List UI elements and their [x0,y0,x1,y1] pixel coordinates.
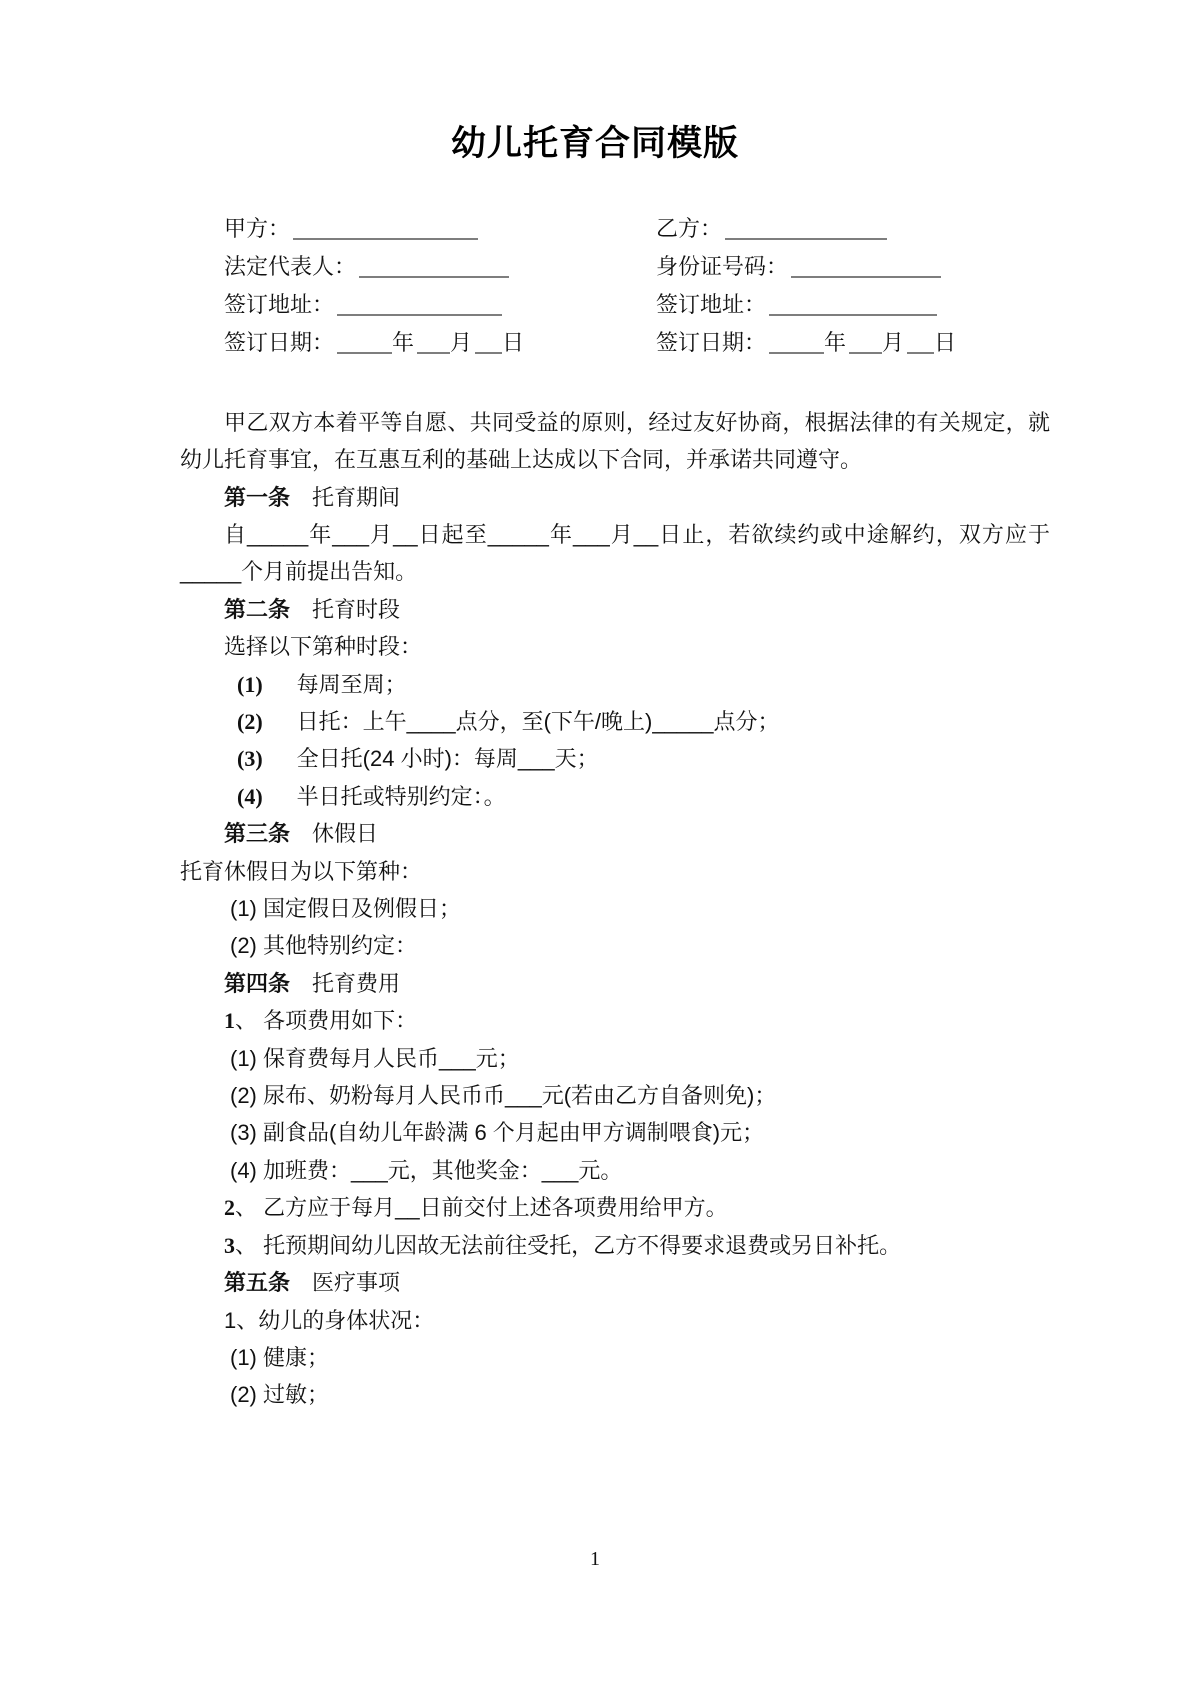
party-row: 身份证号码： [656,248,956,286]
party-label: 签订地址： [224,292,334,317]
blank-underline [769,332,824,354]
party-label: 月 [882,330,904,355]
party-column-jiafang: 甲方：法定代表人：签订地址：签订日期：年月日 [224,210,656,362]
line-number: (1) [237,672,263,697]
party-label: 签订地址： [656,292,766,317]
blank-underline [337,294,502,316]
body-line: 第二条托育时段 [224,591,1050,628]
party-row: 乙方： [656,210,956,248]
blank-underline [849,332,882,354]
body-line: (4)半日托或特别约定：。 [237,778,1050,815]
blank-underline [769,294,937,316]
party-row: 签订地址： [224,286,656,324]
party-label: 身份证号码： [656,254,788,279]
line-number: 3 [224,1233,235,1258]
line-text: 、 各项费用如下： [235,1008,417,1033]
body-line: 3、 托预期间幼儿因故无法前往受托，乙方不得要求退费或另日补托。 [224,1227,1050,1264]
party-label: 月 [450,330,472,355]
body-line: (2) 尿布、奶粉每月人民币币___元(若由乙方自备则免)； [230,1077,1050,1114]
blank-underline [293,218,478,240]
body-line: (2)日托：上午____点分，至(下午/晚上)_____点分； [237,703,1050,740]
line-text: 、 托预期间幼儿因故无法前往受托，乙方不得要求退费或另日补托。 [235,1233,901,1258]
line-text: 托育费用 [312,971,400,996]
party-label: 签订日期： [224,330,334,355]
party-row: 签订日期：年月日 [656,324,956,362]
line-text: 全日托(24 小时)：每周___天； [297,746,599,771]
line-text: 休假日 [312,821,378,846]
line-text: 托育时段 [312,597,400,622]
line-text: 每周至周； [297,672,407,697]
line-text: (3) 副食品(自幼儿年龄满 6 个月起由甲方调制喂食)元； [230,1120,764,1145]
line-text: 半日托或特别约定：。 [297,784,506,809]
line-text: (4) 加班费：___元，其他奖金：___元。 [230,1158,622,1183]
body-line: 甲乙双方本着平等自愿、共同受益的原则，经过友好协商，根据法律的有关规定，就幼儿托… [180,404,1050,479]
line-text: 日托：上午____点分，至(下午/晚上)_____点分； [297,709,780,734]
body-line: 自_____年___月__日起至_____年___月__日止，若欲续约或中途解约… [180,516,1050,591]
body-line: (2) 过敏； [230,1376,1050,1413]
body-line: 2、 乙方应于每月__日前交付上述各项费用给甲方。 [224,1189,1050,1226]
body-line: 第四条托育费用 [224,965,1050,1002]
body-line: 1、幼儿的身体状况： [224,1302,1050,1339]
line-text: (1) 保育费每月人民币___元； [230,1046,520,1071]
blank-underline [725,218,887,240]
body-line: 第五条医疗事项 [224,1264,1050,1301]
party-label: 年 [392,330,414,355]
body-line: (3) 副食品(自幼儿年龄满 6 个月起由甲方调制喂食)元； [230,1114,1050,1151]
blank-underline [475,332,502,354]
document-content: 甲方：法定代表人：签订地址：签订日期：年月日 乙方：身份证号码：签订地址：签订日… [0,210,1190,1414]
body-line: (4) 加班费：___元，其他奖金：___元。 [230,1152,1050,1189]
line-text: (2) 过敏； [230,1382,329,1407]
line-number: (3) [237,746,263,771]
line-text: 自_____年___月__日起至_____年___月__日止，若欲续约或中途解约… [180,522,1050,584]
body-line: 选择以下第种时段： [180,628,1050,665]
party-row: 签订地址： [656,286,956,324]
party-label: 年 [824,330,846,355]
blank-underline [791,256,941,278]
line-number: 第二条 [224,597,290,622]
body-line: 第三条休假日 [224,815,1050,852]
blank-underline [417,332,450,354]
page-number: 1 [0,1548,1190,1571]
body-line: 第一条托育期间 [224,479,1050,516]
line-text: 选择以下第种时段： [224,634,422,659]
body-line: (1)每周至周； [237,666,1050,703]
body-line: 1、 各项费用如下： [224,1002,1050,1039]
party-row: 甲方： [224,210,656,248]
party-label: 日 [502,330,524,355]
party-label: 甲方： [224,216,290,241]
line-text: 医疗事项 [312,1270,400,1295]
body-line: (1) 健康； [230,1339,1050,1376]
party-label: 签订日期： [656,330,766,355]
line-text: 托育休假日为以下第种： [180,859,422,884]
blank-underline [337,332,392,354]
blank-underline [359,256,509,278]
line-number: 2 [224,1195,235,1220]
party-label: 日 [934,330,956,355]
line-text: 1、幼儿的身体状况： [224,1308,434,1333]
body-line: 托育休假日为以下第种： [180,853,1050,890]
line-number: 1 [224,1008,235,1033]
line-text: 甲乙双方本着平等自愿、共同受益的原则，经过友好协商，根据法律的有关规定，就幼儿托… [180,410,1050,472]
line-number: 第三条 [224,821,290,846]
body-line: (2) 其他特别约定： [230,927,1050,964]
party-row: 法定代表人： [224,248,656,286]
party-section: 甲方：法定代表人：签订地址：签订日期：年月日 乙方：身份证号码：签订地址：签订日… [224,210,1050,362]
party-label: 法定代表人： [224,254,356,279]
line-number: 第四条 [224,971,290,996]
body-line: (1) 国定假日及例假日； [230,890,1050,927]
blank-underline [907,332,934,354]
party-label: 乙方： [656,216,722,241]
document-page: 幼儿托育合同模版 甲方：法定代表人：签订地址：签订日期：年月日 乙方：身份证号码… [0,0,1190,1682]
party-column-yifang: 乙方：身份证号码：签订地址：签订日期：年月日 [656,210,956,362]
body-line: (3)全日托(24 小时)：每周___天； [237,740,1050,777]
line-number: 第五条 [224,1270,290,1295]
line-text: 、 乙方应于每月__日前交付上述各项费用给甲方。 [235,1195,728,1220]
line-text: (2) 尿布、奶粉每月人民币币___元(若由乙方自备则免)； [230,1083,776,1108]
document-title: 幼儿托育合同模版 [0,122,1190,166]
line-number: 第一条 [224,485,290,510]
body-line: (1) 保育费每月人民币___元； [230,1040,1050,1077]
line-text: (1) 国定假日及例假日； [230,896,461,921]
line-number: (4) [237,784,263,809]
line-text: 托育期间 [312,485,400,510]
line-text: (1) 健康； [230,1345,329,1370]
party-row: 签订日期：年月日 [224,324,656,362]
document-body: 甲乙双方本着平等自愿、共同受益的原则，经过友好协商，根据法律的有关规定，就幼儿托… [180,404,1050,1414]
line-number: (2) [237,709,263,734]
line-text: (2) 其他特别约定： [230,933,417,958]
